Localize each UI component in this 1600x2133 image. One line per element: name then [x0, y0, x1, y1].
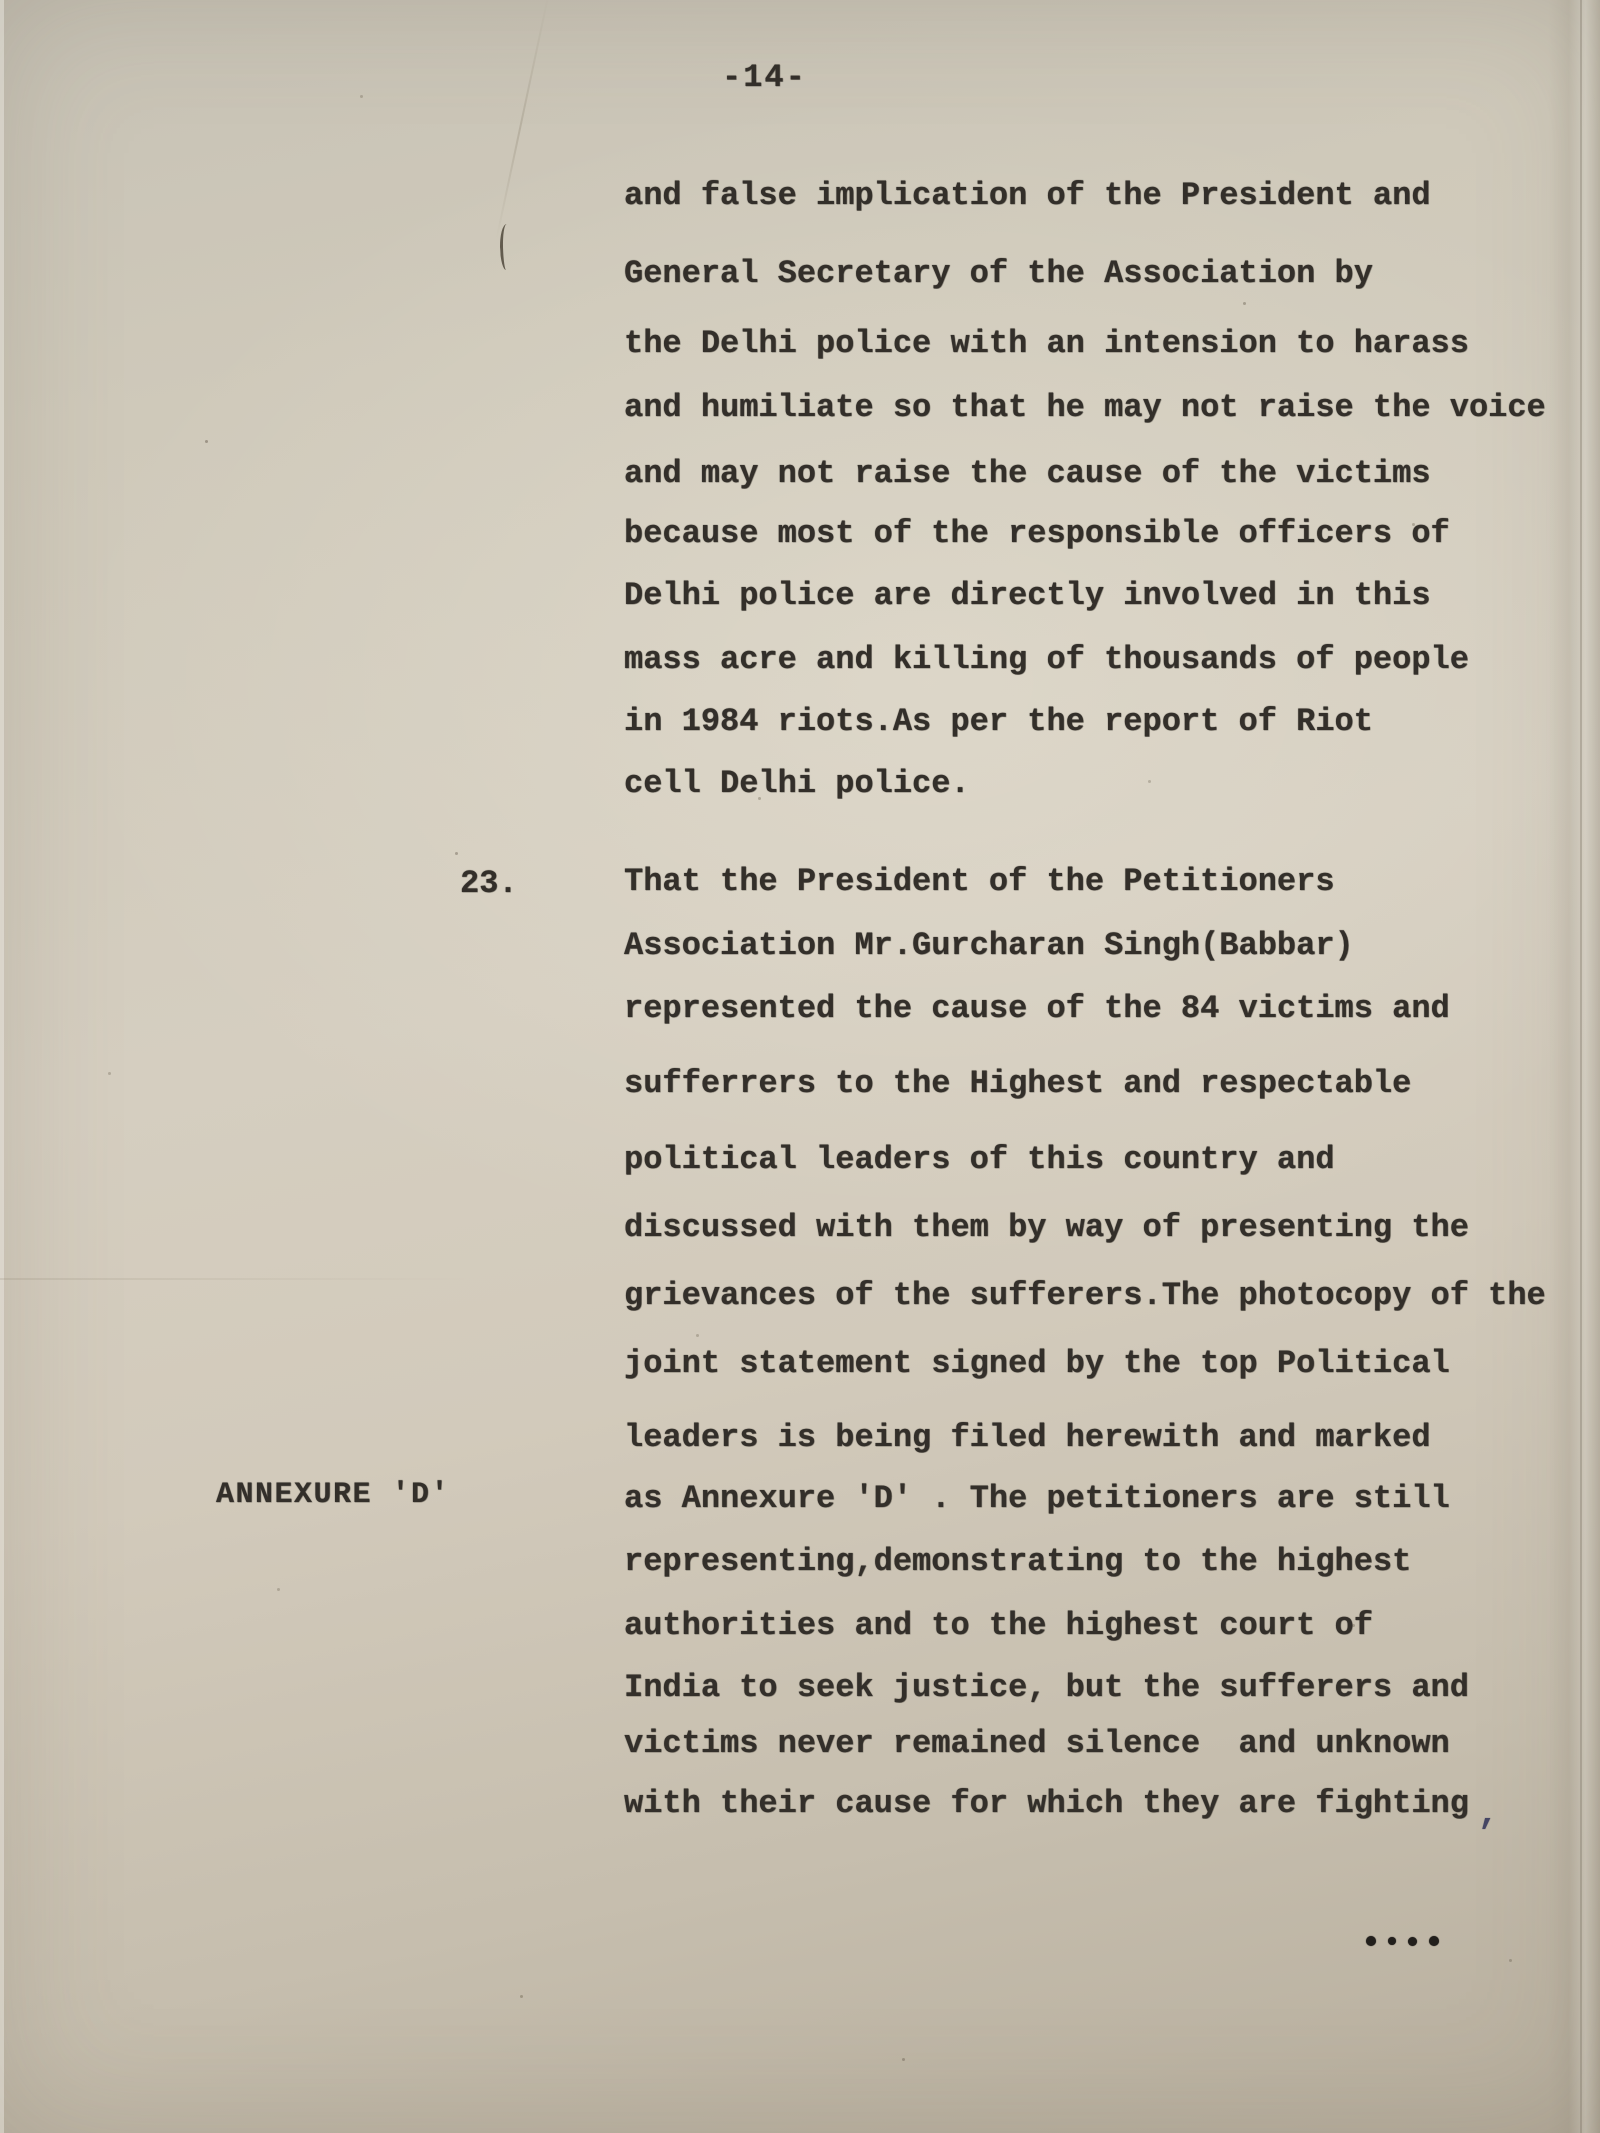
text-line: and false implication of the President a… [624, 180, 1431, 212]
paper-crease-top [495, 0, 550, 242]
paper-left-edge [0, 0, 4, 2133]
paper-right-edge [1548, 0, 1600, 2133]
document-page: -14- and false implication of the Presid… [0, 0, 1600, 2133]
text-line: General Secretary of the Association by [624, 258, 1373, 290]
text-line: joint statement signed by the top Politi… [624, 1348, 1450, 1380]
text-line: Delhi police are directly involved in th… [624, 580, 1431, 612]
text-line: and humiliate so that he may not raise t… [624, 392, 1546, 424]
text-line: the Delhi police with an intension to ha… [624, 328, 1469, 360]
text-line: represented the cause of the 84 victims … [624, 993, 1450, 1025]
text-line: Association Mr.Gurcharan Singh(Babbar) [624, 930, 1354, 962]
text-line: representing,demonstrating to the highes… [624, 1546, 1411, 1578]
dot [1366, 1936, 1376, 1946]
handwritten-comma-mark: , [1478, 1798, 1498, 1832]
text-line: grievances of the sufferers.The photocop… [624, 1280, 1546, 1312]
dot [1388, 1937, 1396, 1945]
text-line: with their cause for which they are figh… [624, 1788, 1469, 1820]
dot [1429, 1936, 1439, 1946]
text-line: India to seek justice, but the sufferers… [624, 1672, 1469, 1704]
text-line: leaders is being filed herewith and mark… [624, 1422, 1431, 1454]
text-line: in 1984 riots.As per the report of Riot [624, 706, 1373, 738]
page-number: -14- [722, 62, 807, 94]
text-line: That the President of the Petitioners [624, 866, 1335, 898]
continuation-dots [1366, 1936, 1439, 1946]
text-line: authorities and to the highest court of [624, 1610, 1373, 1642]
pen-stroke-mark [499, 224, 514, 270]
text-line: discussed with them by way of presenting… [624, 1212, 1469, 1244]
text-line: victims never remained silence and unkno… [624, 1728, 1450, 1760]
annexure-margin-note: ANNEXURE 'D' [216, 1480, 450, 1510]
text-line: mass acre and killing of thousands of pe… [624, 644, 1469, 676]
paper-crease-left [0, 1278, 470, 1280]
paper-speckles [0, 0, 3, 3]
text-line: because most of the responsible officers… [624, 518, 1450, 550]
text-line: sufferrers to the Highest and respectabl… [624, 1068, 1411, 1100]
paragraph-23-number: 23. [460, 868, 518, 900]
text-line: as Annexure 'D' . The petitioners are st… [624, 1483, 1450, 1515]
text-line: and may not raise the cause of the victi… [624, 458, 1431, 490]
text-line: cell Delhi police. [624, 768, 970, 800]
dot [1408, 1937, 1417, 1946]
paper-right-edge-line [1580, 0, 1582, 2133]
text-line: political leaders of this country and [624, 1144, 1335, 1176]
